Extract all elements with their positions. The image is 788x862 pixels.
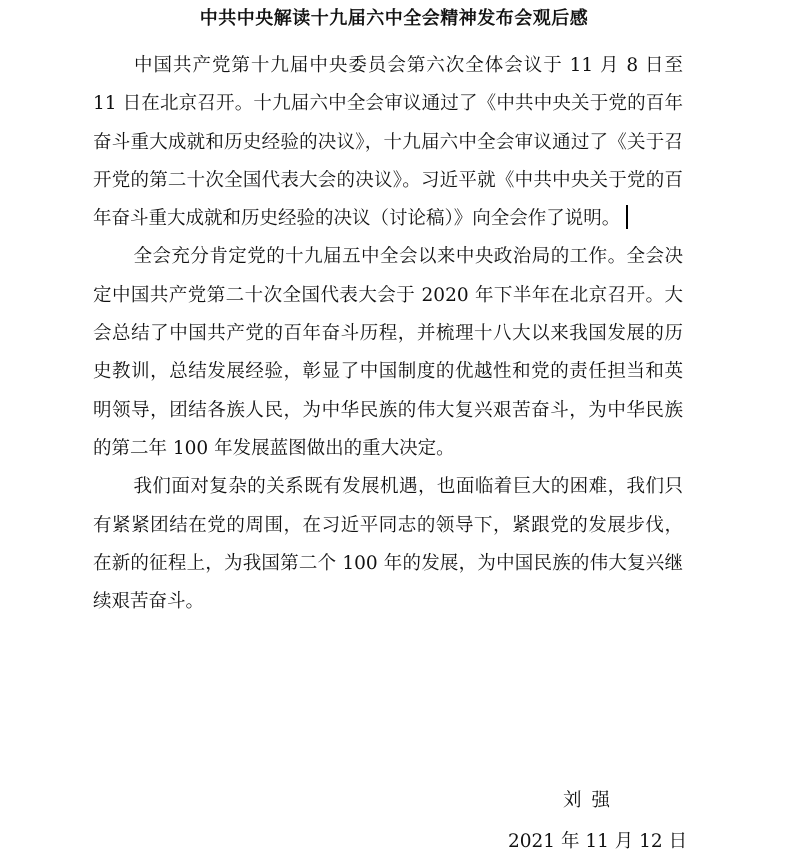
signature-date: 2021 年 11 月 12 日	[508, 827, 687, 853]
paragraph-3[interactable]: 我们面对复杂的关系既有发展机遇，也面临着巨大的困难，我们只有紧紧团结在党的周围，…	[93, 468, 683, 621]
text-cursor	[626, 205, 628, 229]
document-title: 中共中央解读十九届六中全会精神发布会观后感	[0, 4, 788, 34]
paragraph-1-text: 中国共产党第十九届中央委员会第六次全体会议于 11 月 8 日至 11 日在北京…	[93, 55, 683, 229]
paragraph-3-text: 我们面对复杂的关系既有发展机遇，也面临着巨大的困难，我们只有紧紧团结在党的周围，…	[93, 476, 683, 612]
paragraph-1[interactable]: 中国共产党第十九届中央委员会第六次全体会议于 11 月 8 日至 11 日在北京…	[93, 47, 683, 238]
paragraph-2[interactable]: 全会充分肯定党的十九届五中全会以来中央政治局的工作。全会决定中国共产党第二十次全…	[93, 238, 683, 468]
document-body[interactable]: 中国共产党第十九届中央委员会第六次全体会议于 11 月 8 日至 11 日在北京…	[93, 47, 683, 621]
signature: 刘强	[563, 786, 620, 812]
paragraph-2-text: 全会充分肯定党的十九届五中全会以来中央政治局的工作。全会决定中国共产党第二十次全…	[93, 246, 683, 458]
